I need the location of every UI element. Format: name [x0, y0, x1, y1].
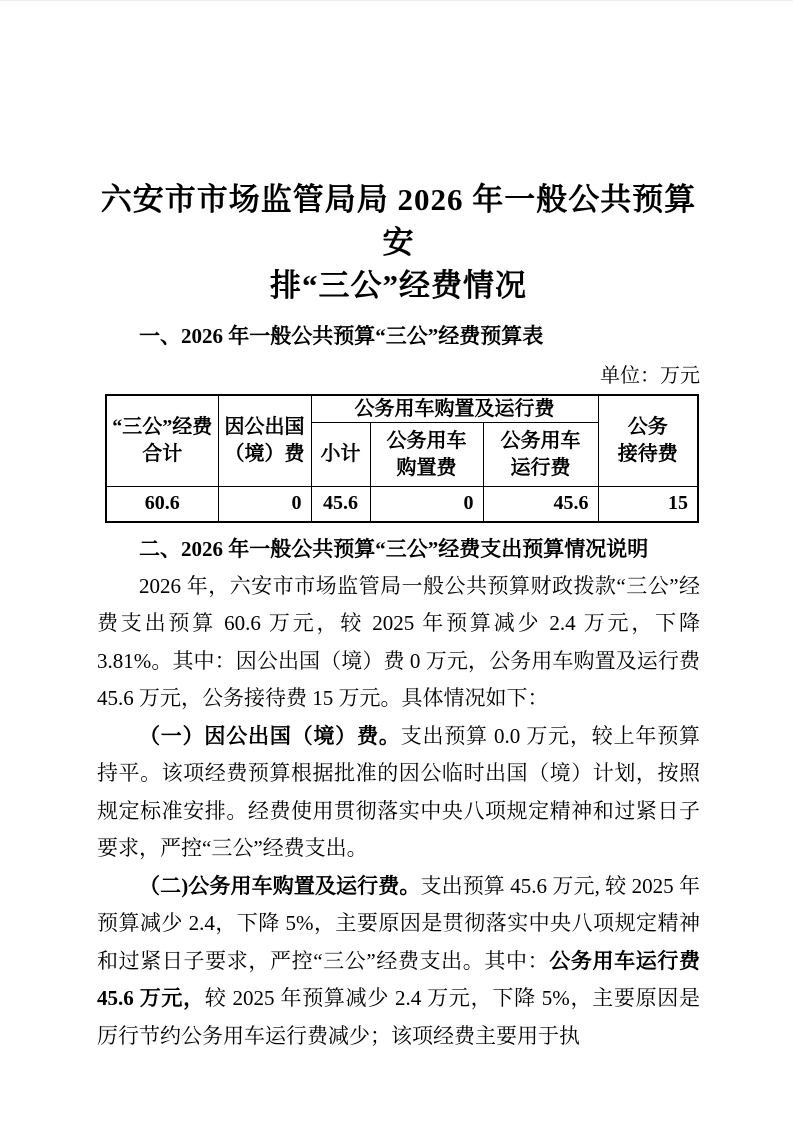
budget-table-header: “三公”经费 合计 因公出国 （境）费 公务用车购置及运行费 公务 接待费 小计…	[106, 395, 698, 487]
paragraph: （二)公务用车购置及运行费。支出预算 45.6 万元, 较 2025 年预算减少…	[97, 868, 700, 1056]
header-reception: 公务 接待费	[598, 395, 698, 487]
header-vehicle-group: 公务用车购置及运行费	[311, 395, 598, 423]
section1-heading: 一、2026 年一般公共预算“三公”经费预算表	[97, 324, 700, 349]
paragraph: （一）因公出国（境）费。支出预算 0.0 万元，较上年预算持平。该项经费预算根据…	[97, 718, 700, 868]
section2-heading: 二、2026 年一般公共预算“三公”经费支出预算情况说明	[97, 534, 700, 564]
unit-label: 单位：万元	[97, 364, 700, 388]
paragraphs: 2026 年，六安市市场监管局一般公共预算财政拨款“三公”经费支出预算 60.6…	[97, 568, 700, 1056]
paragraph: 2026 年，六安市市场监管局一般公共预算财政拨款“三公”经费支出预算 60.6…	[97, 568, 700, 718]
paragraph-run: 2026 年，六安市市场监管局一般公共预算财政拨款“三公”经费支出预算 60.6…	[97, 574, 700, 711]
document-title-line1: 六安市市场监管局局 2026 年一般公共预算安	[97, 178, 700, 264]
header-total: “三公”经费 合计	[106, 395, 218, 487]
paragraph-run-bold: （二)公务用车购置及运行费。	[139, 874, 420, 898]
table-header-row-top: “三公”经费 合计 因公出国 （境）费 公务用车购置及运行费 公务 接待费	[106, 395, 698, 423]
value-vehicle-purchase: 0	[370, 487, 483, 522]
paragraph-run-bold: （一）因公出国（境）费。	[139, 724, 401, 748]
header-vehicle-subtotal: 小计	[311, 423, 370, 487]
header-abroad: 因公出国 （境）费	[218, 395, 311, 487]
value-abroad: 0	[218, 487, 311, 522]
header-vehicle-purchase: 公务用车 购置费	[370, 423, 483, 487]
document-page: 六安市市场监管局局 2026 年一般公共预算安 排“三公”经费情况 一、2026…	[0, 0, 793, 1122]
budget-table-body: 60.6 0 45.6 0 45.6 15	[106, 487, 698, 522]
value-vehicle-operation: 45.6	[483, 487, 598, 522]
table-data-row: 60.6 0 45.6 0 45.6 15	[106, 487, 698, 522]
document-title: 六安市市场监管局局 2026 年一般公共预算安 排“三公”经费情况	[97, 178, 700, 307]
value-reception: 15	[598, 487, 698, 522]
header-vehicle-operation: 公务用车 运行费	[483, 423, 598, 487]
budget-table: “三公”经费 合计 因公出国 （境）费 公务用车购置及运行费 公务 接待费 小计…	[105, 394, 699, 523]
value-vehicle-subtotal: 45.6	[311, 487, 370, 522]
value-total: 60.6	[106, 487, 218, 522]
document-content: 六安市市场监管局局 2026 年一般公共预算安 排“三公”经费情况 一、2026…	[0, 1, 793, 1055]
document-title-line2: 排“三公”经费情况	[97, 264, 700, 307]
